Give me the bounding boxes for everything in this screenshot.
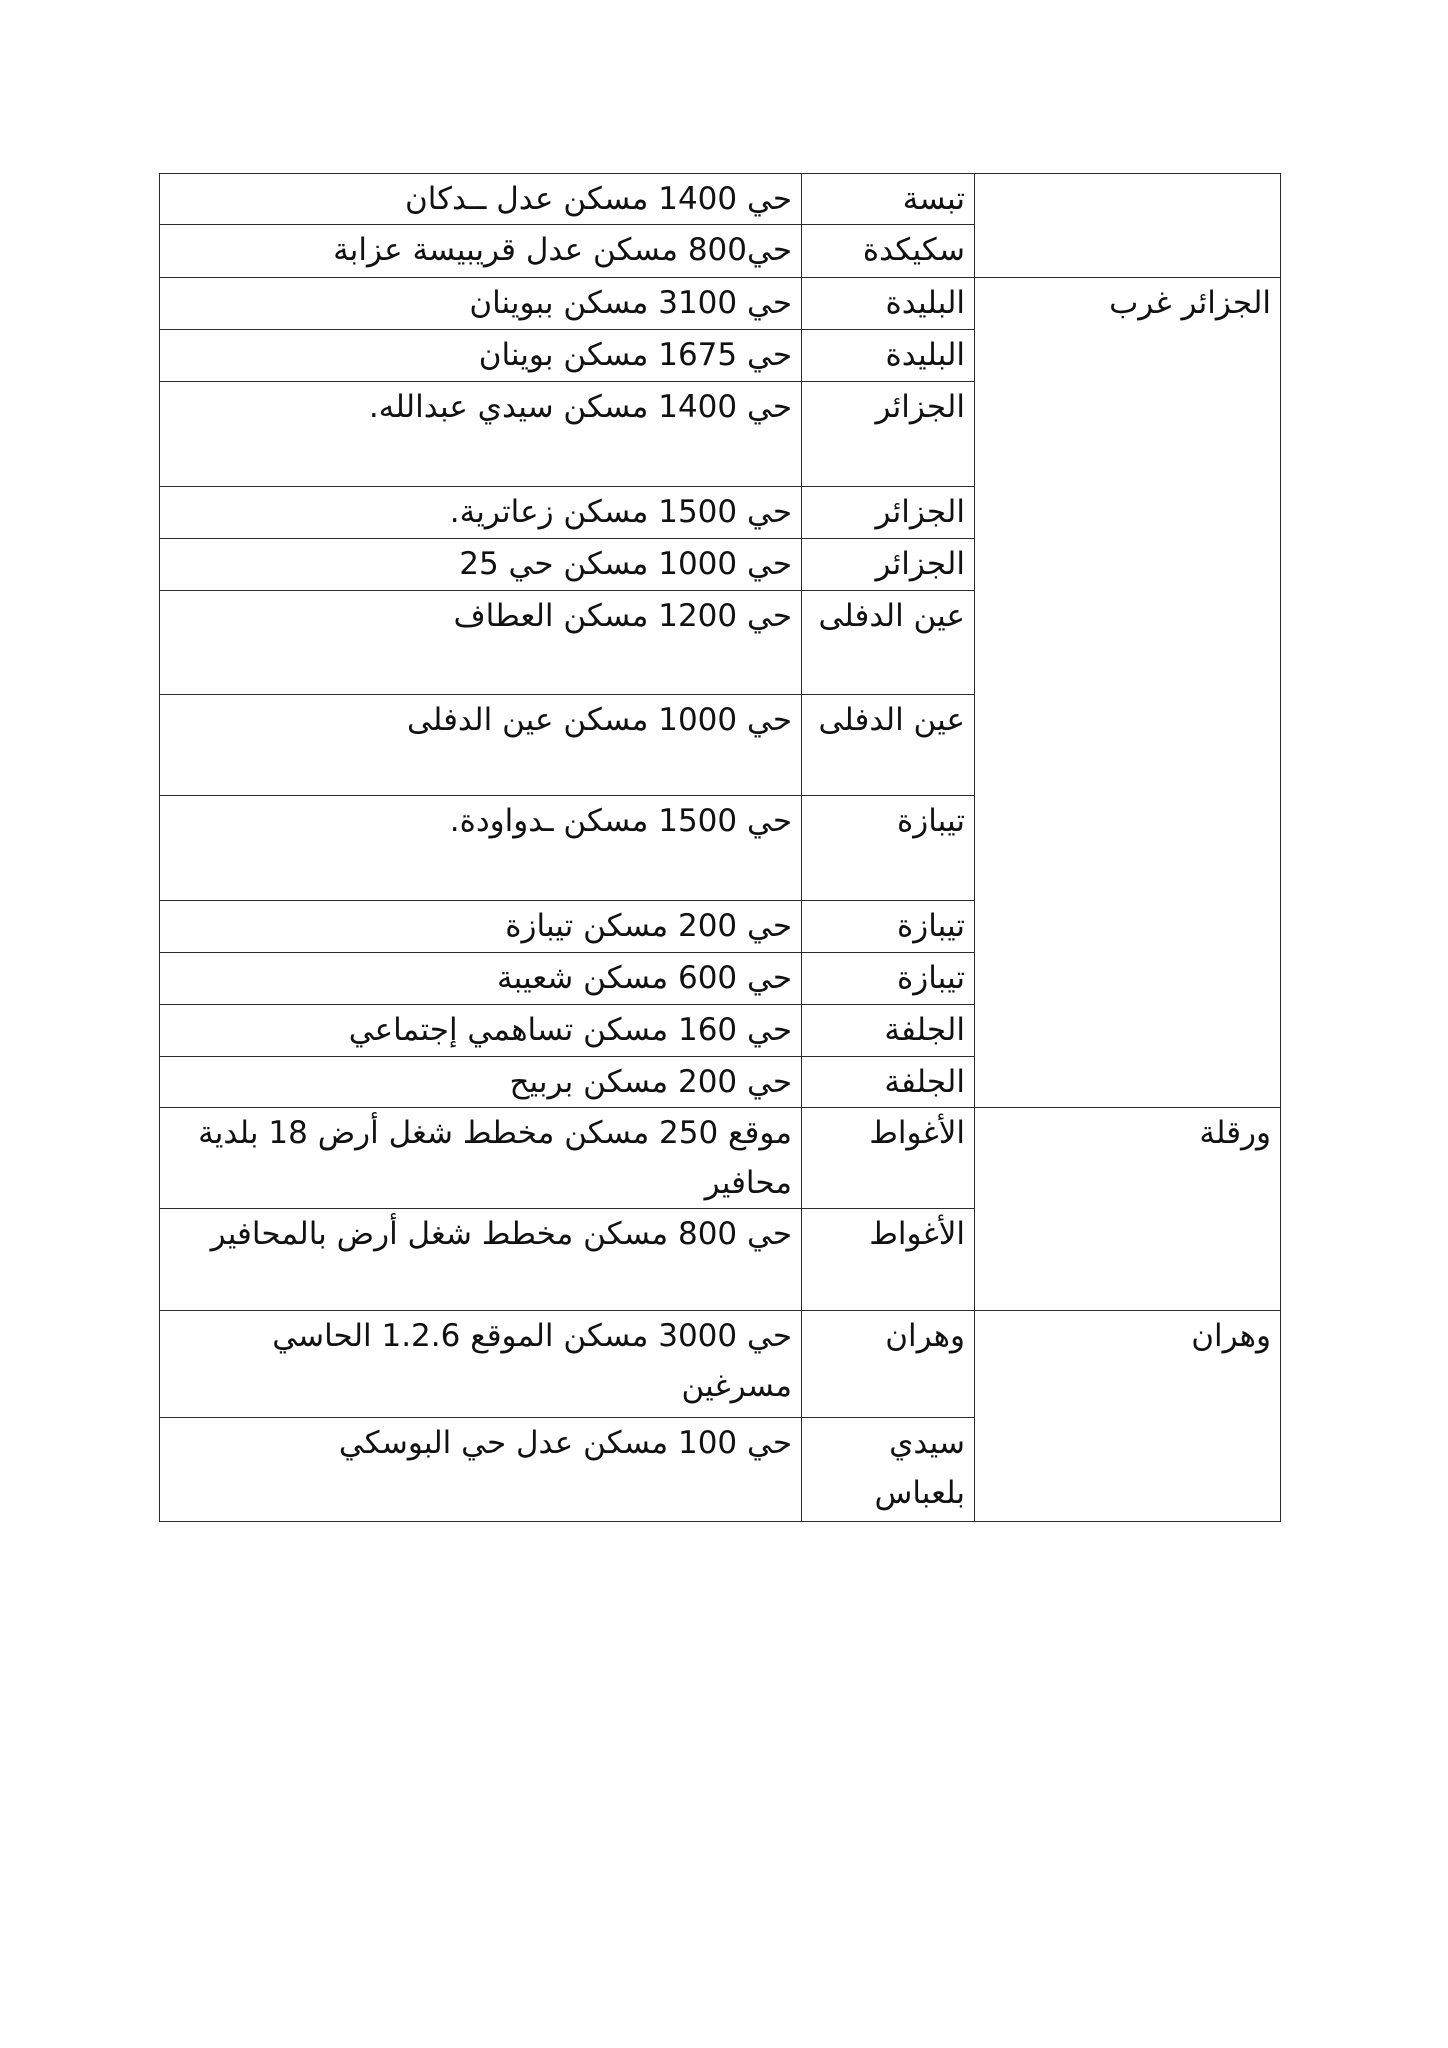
commune-cell: الأغواط	[802, 1108, 975, 1209]
district-cell: حي 3000 مسكن الموقع 1.2.6 الحاسي مسرغين	[160, 1311, 802, 1418]
commune-cell: الجلفة	[802, 1057, 975, 1108]
district-cell: حي 1000 مسكن حي 25	[160, 539, 802, 591]
commune-cell: عين الدفلى	[802, 591, 975, 695]
district-cell: حي 1200 مسكن العطاف	[160, 591, 802, 695]
commune-cell: عين الدفلى	[802, 695, 975, 796]
region-cell: ورقلة	[975, 1108, 1281, 1311]
district-cell: حي 600 مسكن شعيبة	[160, 953, 802, 1005]
commune-cell: البليدة	[802, 278, 975, 330]
district-cell: حي800 مسكن عدل قريبيسة عزابة	[160, 225, 802, 278]
commune-cell: تيبازة	[802, 953, 975, 1005]
commune-cell: وهران	[802, 1311, 975, 1418]
district-cell: حي 100 مسكن عدل حي البوسكي	[160, 1418, 802, 1522]
document-page: تبسةحي 1400 مسكن عدل ــدكانسكيكدةحي800 م…	[0, 0, 1448, 2048]
table-row: وهرانوهرانحي 3000 مسكن الموقع 1.2.6 الحا…	[160, 1311, 1281, 1418]
commune-cell: سيدي بلعباس	[802, 1418, 975, 1522]
region-cell	[975, 174, 1281, 278]
region-cell: الجزائر غرب	[975, 278, 1281, 1108]
commune-cell: الجزائر	[802, 487, 975, 539]
commune-cell: تيبازة	[802, 901, 975, 953]
table-row: ورقلةالأغواطموقع 250 مسكن مخطط شغل أرض 1…	[160, 1108, 1281, 1209]
commune-cell: الأغواط	[802, 1209, 975, 1311]
commune-cell: الجلفة	[802, 1005, 975, 1057]
commune-cell: تبسة	[802, 174, 975, 225]
district-cell: حي 3100 مسكن ببوينان	[160, 278, 802, 330]
district-cell: حي 800 مسكن مخطط شغل أرض بالمحافير	[160, 1209, 802, 1311]
district-cell: حي 160 مسكن تساهمي إجتماعي	[160, 1005, 802, 1057]
district-cell: حي 1000 مسكن عين الدفلى	[160, 695, 802, 796]
commune-cell: الجزائر	[802, 382, 975, 487]
table-row: تبسةحي 1400 مسكن عدل ــدكان	[160, 174, 1281, 225]
commune-cell: سكيكدة	[802, 225, 975, 278]
district-cell: حي 1500 مسكن زعاترية.	[160, 487, 802, 539]
district-cell: حي 200 مسكن بربيح	[160, 1057, 802, 1108]
housing-sites-table: تبسةحي 1400 مسكن عدل ــدكانسكيكدةحي800 م…	[159, 173, 1281, 1522]
district-cell: حي 1500 مسكن ـدواودة.	[160, 796, 802, 901]
district-cell: حي 200 مسكن تيبازة	[160, 901, 802, 953]
district-cell: حي 1675 مسكن بوينان	[160, 330, 802, 382]
commune-cell: تيبازة	[802, 796, 975, 901]
table-body: تبسةحي 1400 مسكن عدل ــدكانسكيكدةحي800 م…	[160, 174, 1281, 1522]
commune-cell: الجزائر	[802, 539, 975, 591]
district-cell: موقع 250 مسكن مخطط شغل أرض 18 بلدية محاف…	[160, 1108, 802, 1209]
district-cell: حي 1400 مسكن سيدي عبدالله.	[160, 382, 802, 487]
district-cell: حي 1400 مسكن عدل ــدكان	[160, 174, 802, 225]
table-row: الجزائر غربالبليدةحي 3100 مسكن ببوينان	[160, 278, 1281, 330]
commune-cell: البليدة	[802, 330, 975, 382]
region-cell: وهران	[975, 1311, 1281, 1522]
